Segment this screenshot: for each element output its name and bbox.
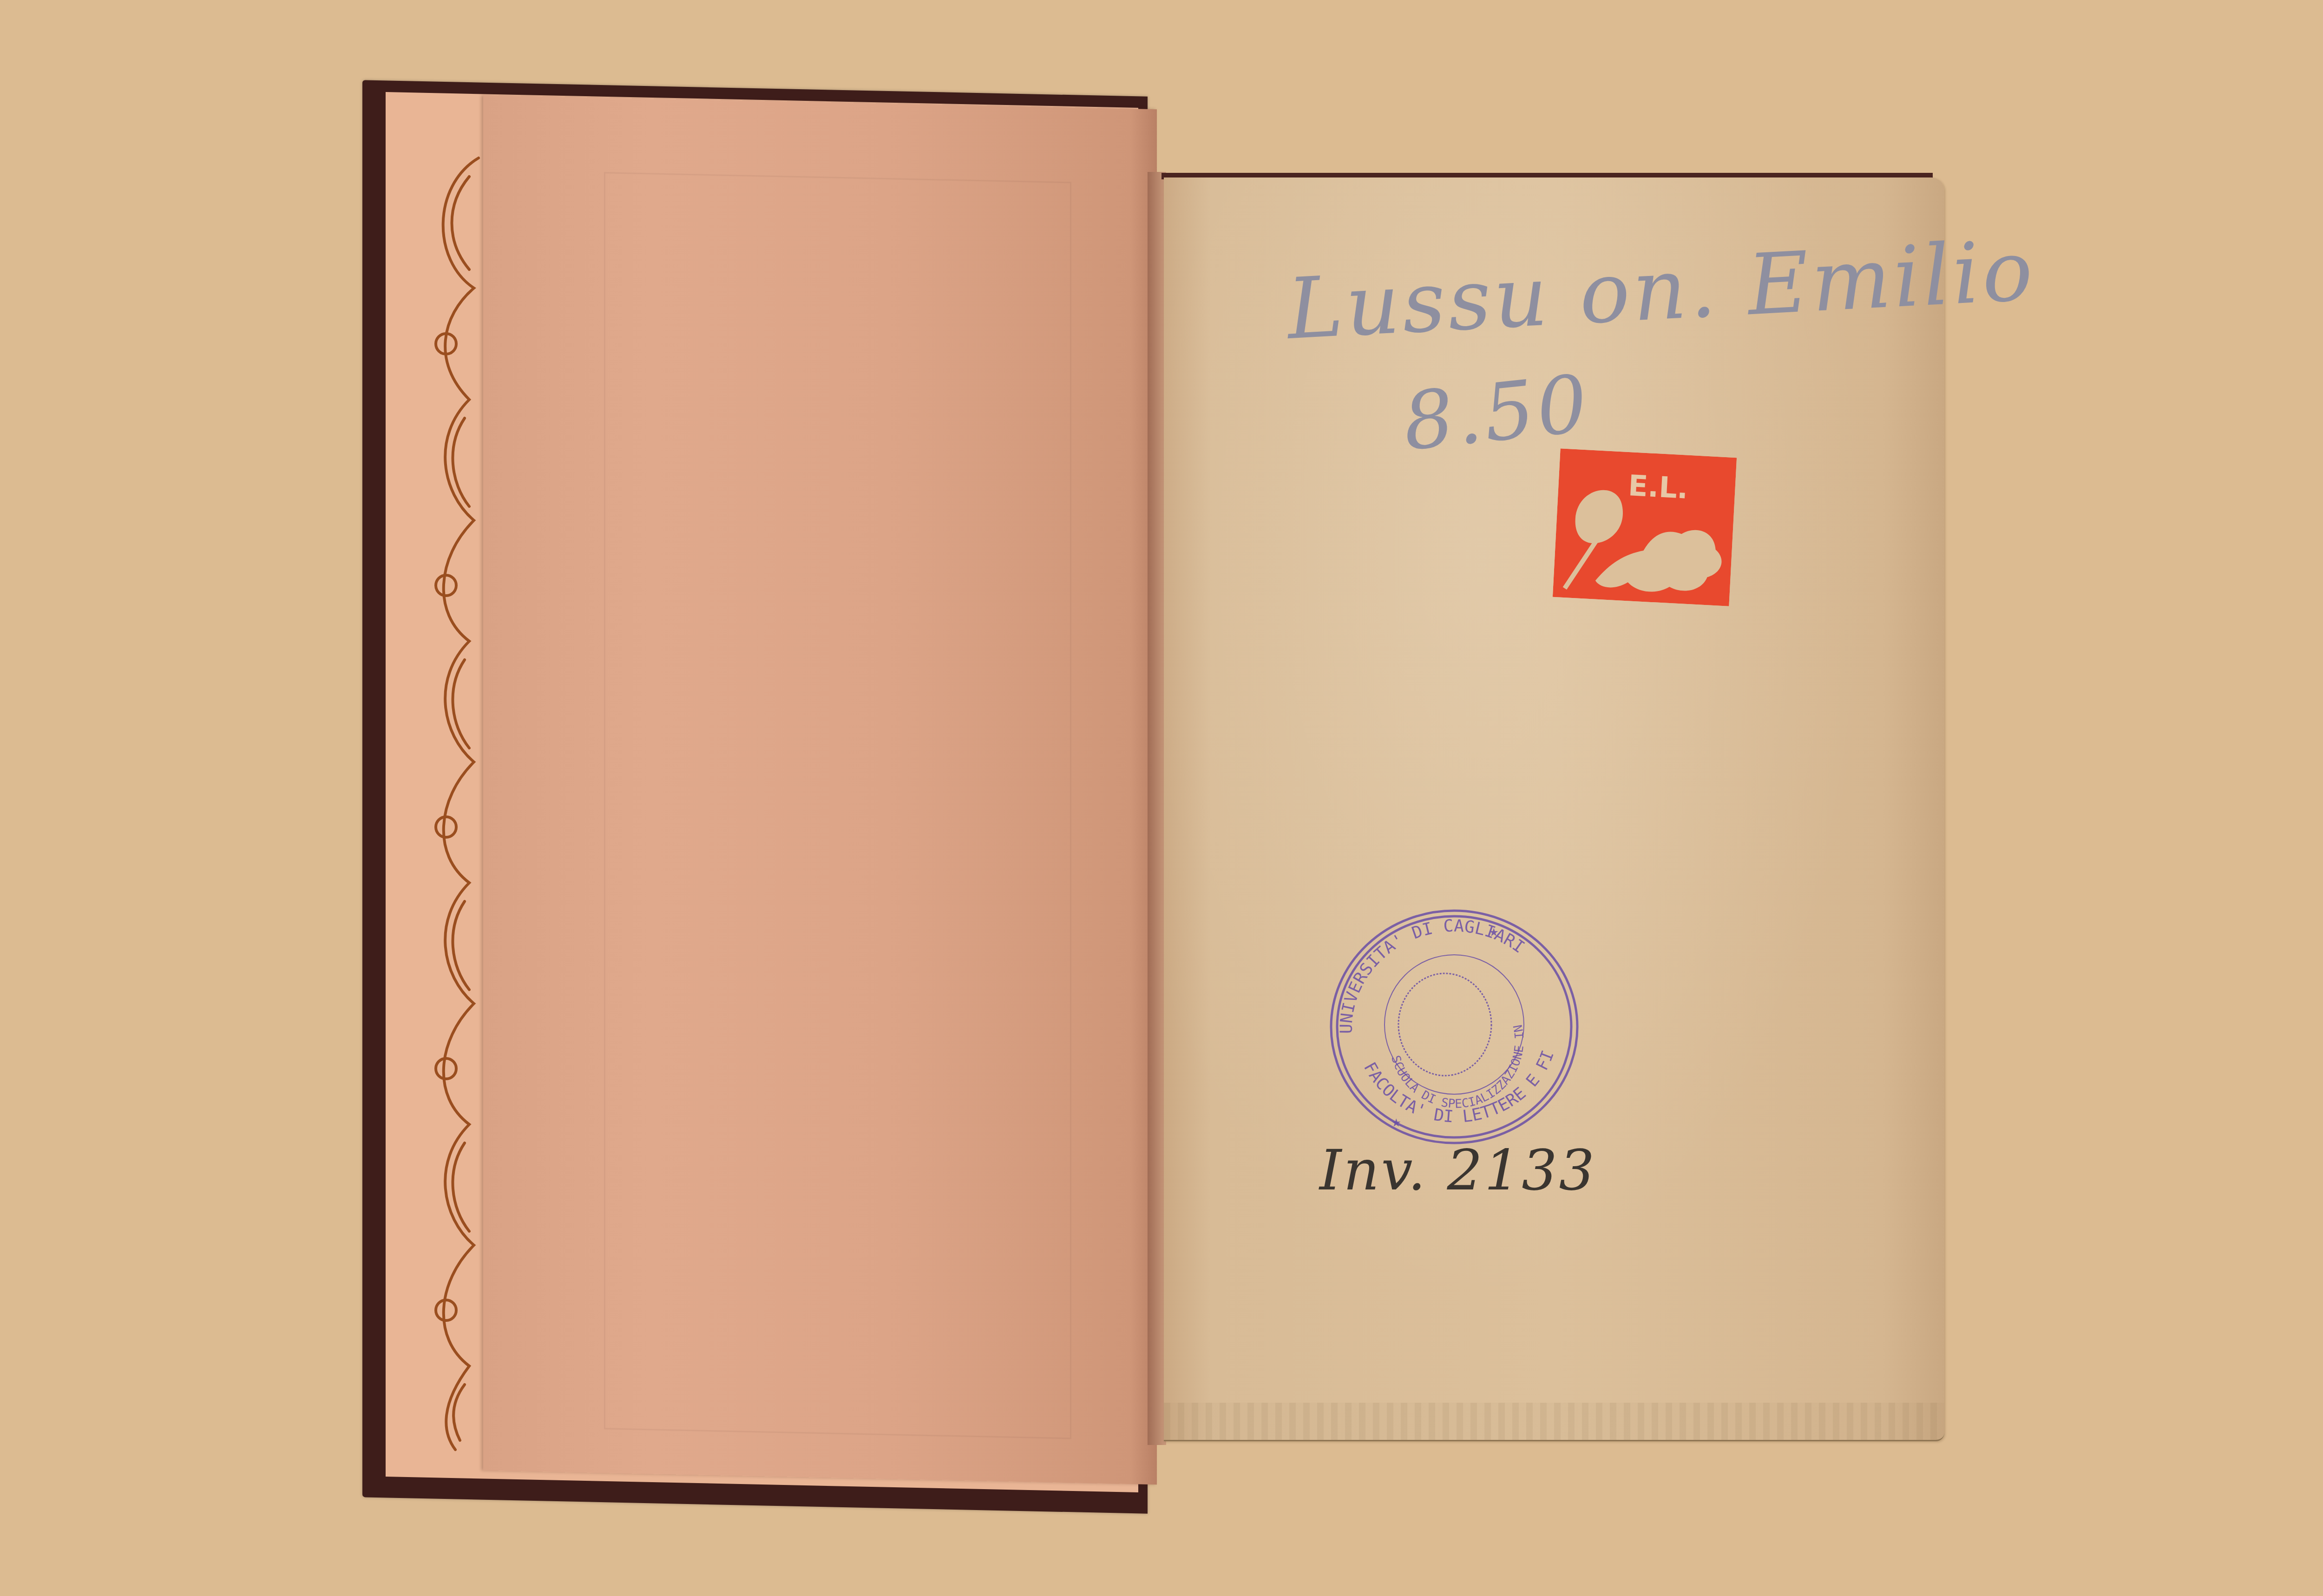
star-icon: ★ — [1391, 1112, 1401, 1131]
book-gutter — [1148, 172, 1166, 1445]
library-stamp: UNIVERSITA' DI CAGLIARI FACOLTA' DI LETT… — [1322, 899, 1587, 1150]
star-icon: ★ — [1489, 922, 1498, 940]
page-edge-staining — [1164, 1403, 1944, 1441]
left-flyleaf-page — [483, 95, 1157, 1484]
inventory-number: Inv. 2133 — [1319, 1138, 1596, 1203]
el-ownership-stamp: E.L. — [1553, 448, 1737, 606]
stamp-outer-top-text: UNIVERSITA' DI CAGLIARI — [1337, 917, 1528, 1034]
floral-ornament-icon — [413, 121, 488, 1468]
open-book: Lussu on. Emilio 8.50 E.L. UNIVERSITA' D… — [0, 0, 2323, 1596]
stamp-monogram: E.L. — [1627, 468, 1689, 506]
show-through-print — [604, 172, 1071, 1439]
